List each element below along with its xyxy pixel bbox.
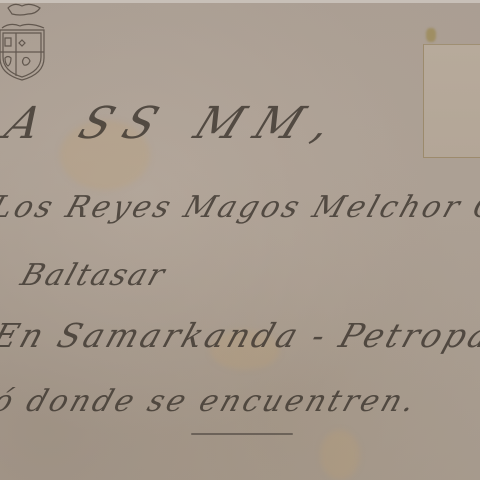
coat-of-arms-icon [0, 0, 50, 82]
stamp-placeholder [423, 44, 480, 158]
addressee-line-2: Baltasar [16, 258, 170, 293]
paper-stain [320, 430, 360, 480]
envelope-top-edge [0, 0, 480, 3]
addressee-line-1: Los Reyes Magos Melchor Gaspar [0, 190, 480, 225]
location-line: En Samarkanda - Petropavovsk [0, 316, 480, 355]
salutation-line: A SS MM, [0, 98, 354, 149]
handwritten-underline [191, 433, 293, 435]
stamp-mark-icon [426, 28, 436, 42]
closing-line: ó donde se encuentren. [0, 384, 422, 419]
